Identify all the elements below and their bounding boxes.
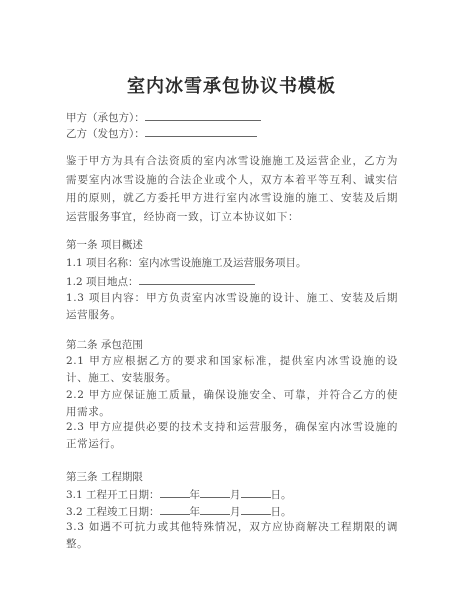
section-3-heading: 第三条 工程期限 bbox=[66, 470, 143, 484]
start-day-blank bbox=[241, 487, 271, 498]
party-a-label: 甲方（承包方）： bbox=[66, 112, 145, 124]
clause-3-3: 3.3 如遇不可抗力或其他特殊情况，双方应协商解决工程期限的调整。 bbox=[66, 519, 398, 553]
clause-2-1: 2.1 甲方应根据乙方的要求和国家标准，提供室内冰雪设施的设计、施工、安装服务。 bbox=[66, 353, 398, 387]
end-month-blank bbox=[200, 504, 230, 515]
end-year-blank bbox=[160, 504, 190, 515]
section-1-heading: 第一条 项目概述 bbox=[66, 238, 143, 252]
clause-3-1: 3.1 工程开工日期：年月日。 bbox=[66, 487, 292, 502]
party-b-blank bbox=[145, 126, 257, 137]
start-month-blank bbox=[200, 487, 230, 498]
clause-1-2: 1.2 项目地点： bbox=[66, 274, 255, 289]
start-year-blank bbox=[160, 487, 190, 498]
party-a-line: 甲方（承包方）： bbox=[66, 110, 261, 125]
clause-3-2: 3.2 工程竣工日期：年月日。 bbox=[66, 504, 292, 519]
preamble: 鉴于甲方为具有合法资质的室内冰雪设施施工及运营企业，乙方为需要室内冰雪设施的合法… bbox=[66, 152, 398, 226]
section-2-heading: 第二条 承包范围 bbox=[66, 338, 143, 352]
document-page: 室内冰雪承包协议书模板 甲方（承包方）： 乙方（发包方）： 鉴于甲方为具有合法资… bbox=[0, 0, 463, 600]
clause-2-2: 2.2 甲方应保证施工质量，确保设施安全、可靠，并符合乙方的使用需求。 bbox=[66, 387, 398, 421]
end-day-blank bbox=[241, 504, 271, 515]
party-b-line: 乙方（发包方）： bbox=[66, 126, 257, 141]
clause-1-3: 1.3 项目内容：甲方负责室内冰雪设施的设计、施工、安装及后期运营服务。 bbox=[66, 290, 398, 324]
clause-2-3: 2.3 甲方应提供必要的技术支持和运营服务，确保室内冰雪设施的正常运行。 bbox=[66, 419, 398, 453]
project-location-blank bbox=[139, 274, 255, 285]
party-a-blank bbox=[145, 110, 261, 121]
document-title: 室内冰雪承包协议书模板 bbox=[0, 72, 463, 98]
clause-1-1: 1.1 项目名称：室内冰雪设施施工及运营服务项目。 bbox=[66, 256, 307, 270]
party-b-label: 乙方（发包方）： bbox=[66, 128, 145, 140]
